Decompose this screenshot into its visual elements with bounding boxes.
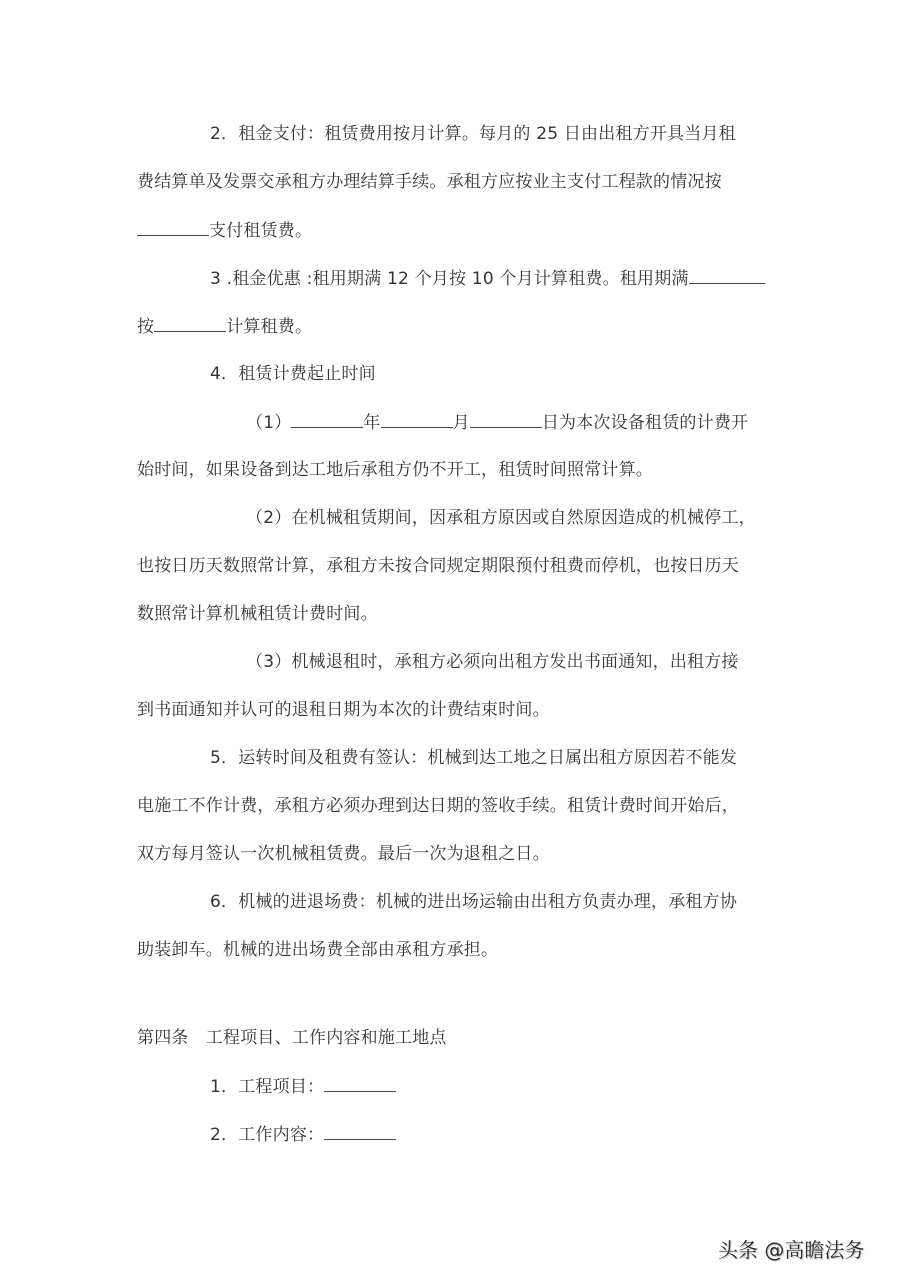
payment-basis-blank — [137, 218, 209, 236]
item3-line1-text: 3 .租金优惠 :租用期满 12 个月按 10 个月计算租费。租用期满 — [210, 269, 689, 289]
sub1-tail: 日为本次设备租赁的计费开 — [542, 413, 748, 433]
item4-sub2-line2: 也按日历天数照常计算，承租方未按合同规定期限预付租费而停机，也按日历天 — [137, 554, 739, 578]
item5-line2: 电施工不作计费，承租方必须办理到达日期的签收手续。租赁计费时间开始后， — [137, 794, 739, 818]
work-content-field: 2．工作内容： — [210, 1122, 396, 1147]
item2-line2: 费结算单及发票交承租方办理结算手续。承租方应按业主支付工程款的情况按 — [137, 170, 722, 194]
item3-line1: 3 .租金优惠 :租用期满 12 个月按 10 个月计算租费。租用期满 — [210, 266, 765, 291]
work-content-blank — [324, 1122, 396, 1140]
item5-line1: 5．运转时间及租费有签认：机械到达工地之日属出租方原因若不能发 — [210, 746, 737, 770]
billing-months-blank — [154, 314, 226, 332]
item2-line1: 2．租金支付：租赁费用按月计算。每月的 25 日由出租方开具当月租 — [210, 122, 736, 146]
document-page: 2．租金支付：租赁费用按月计算。每月的 25 日由出租方开具当月租 费结算单及发… — [0, 0, 905, 1280]
item6-line2: 助装卸车。机械的进出场费全部由承租方承担。 — [137, 938, 498, 962]
article4-heading: 第四条 工程项目、工作内容和施工地点 — [137, 1026, 447, 1050]
item4-sub3-line1: （3）机械退租时，承租方必须向出租方发出书面通知，出租方接 — [246, 650, 739, 674]
year-blank — [291, 410, 363, 428]
month-blank — [381, 410, 453, 428]
item3-line2-prefix: 按 — [137, 317, 154, 337]
item2-line3: 支付租赁费。 — [137, 218, 312, 243]
work-content-label: 2．工作内容： — [210, 1125, 324, 1145]
project-field: 1．工程项目： — [210, 1074, 396, 1099]
month-label: 月 — [453, 413, 470, 433]
watermark: 头条 @高瞻法务 — [718, 1234, 864, 1263]
item5-line3: 双方每月签认一次机械租赁费。最后一次为退租之日。 — [137, 842, 550, 866]
item4-title: 4．租赁计费起止时间 — [210, 362, 376, 386]
sub1-prefix: （1） — [246, 413, 291, 433]
project-blank — [324, 1074, 396, 1092]
item4-sub2-line3: 数照常计算机械租赁计费时间。 — [137, 602, 378, 626]
year-label: 年 — [363, 413, 380, 433]
day-blank — [470, 410, 542, 428]
item4-sub2-line1: （2）在机械租赁期间，因承租方原因或自然原因造成的机械停工， — [246, 506, 756, 530]
rental-period-blank — [689, 266, 765, 284]
item6-line1: 6．机械的进退场费：机械的进出场运输由出租方负责办理，承租方协 — [210, 890, 737, 914]
item3-line2: 按计算租费。 — [137, 314, 312, 339]
item2-line3-text: 支付租赁费。 — [209, 221, 312, 241]
project-label: 1．工程项目： — [210, 1077, 324, 1097]
item4-sub1-line1: （1）年月日为本次设备租赁的计费开 — [246, 410, 748, 435]
item4-sub3-line2: 到书面通知并认可的退租日期为本次的计费结束时间。 — [137, 698, 550, 722]
item4-sub1-line2: 始时间，如果设备到达工地后承租方仍不开工，租赁时间照常计算。 — [137, 458, 653, 482]
item3-line2-suffix: 计算租费。 — [226, 317, 312, 337]
